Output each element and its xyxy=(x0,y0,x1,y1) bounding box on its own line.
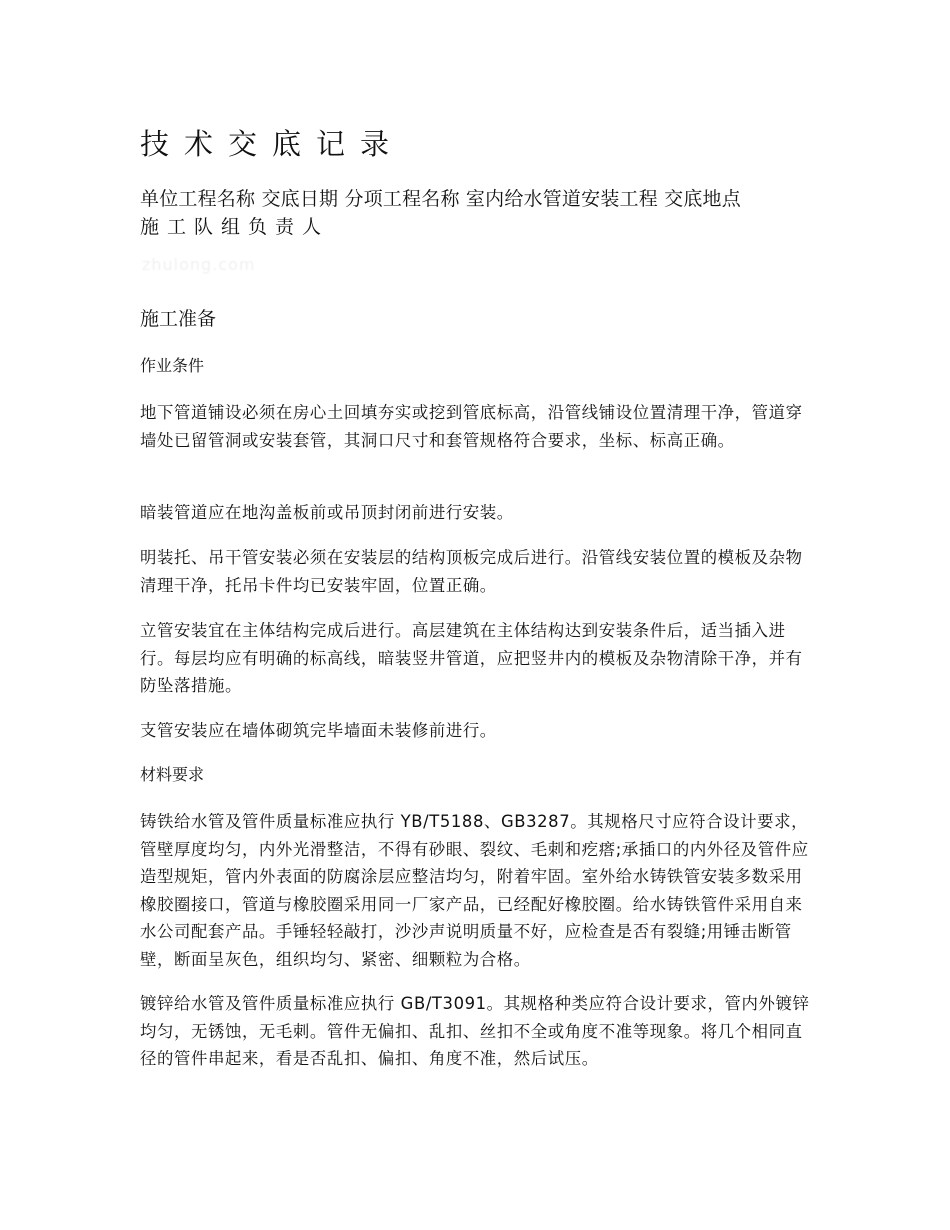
paragraph: 立管安装宜在主体结构完成后进行。高层建筑在主体结构达到安装条件后，适当插入进行。… xyxy=(140,617,812,700)
project-meta-line-1: 单位工程名称 交底日期 分项工程名称 室内给水管道安装工程 交底地点 xyxy=(140,185,820,213)
watermark: zhulong.com xyxy=(142,255,255,274)
document-title: 技术交底记录 xyxy=(140,124,404,164)
paragraph: 暗装管道应在地沟盖板前或吊顶封闭前进行安装。 xyxy=(140,499,812,527)
section-heading-construction-prep: 施工准备 xyxy=(140,306,216,332)
paragraph: 镀锌给水管及管件质量标准应执行 GB/T3091。其规格种类应符合设计要求，管内… xyxy=(140,990,812,1073)
paragraph: 地下管道铺设必须在房心土回填夯实或挖到管底标高，沿管线铺设位置清理干净，管道穿墙… xyxy=(140,399,812,454)
project-meta-line-2: 施工队组负责人 xyxy=(140,213,820,241)
paragraph: 铸铁给水管及管件质量标准应执行 YB/T5188、GB3287。其规格尺寸应符合… xyxy=(140,808,812,973)
subsection-heading-material-requirements: 材料要求 xyxy=(140,764,204,786)
paragraph: 支管安装应在墙体砌筑完毕墙面未装修前进行。 xyxy=(140,717,812,745)
project-meta: 单位工程名称 交底日期 分项工程名称 室内给水管道安装工程 交底地点 施工队组负… xyxy=(140,185,820,241)
paragraph: 明装托、吊干管安装必须在安装层的结构顶板完成后进行。沿管线安装位置的模板及杂物清… xyxy=(140,544,812,599)
subsection-heading-work-conditions: 作业条件 xyxy=(140,355,204,377)
